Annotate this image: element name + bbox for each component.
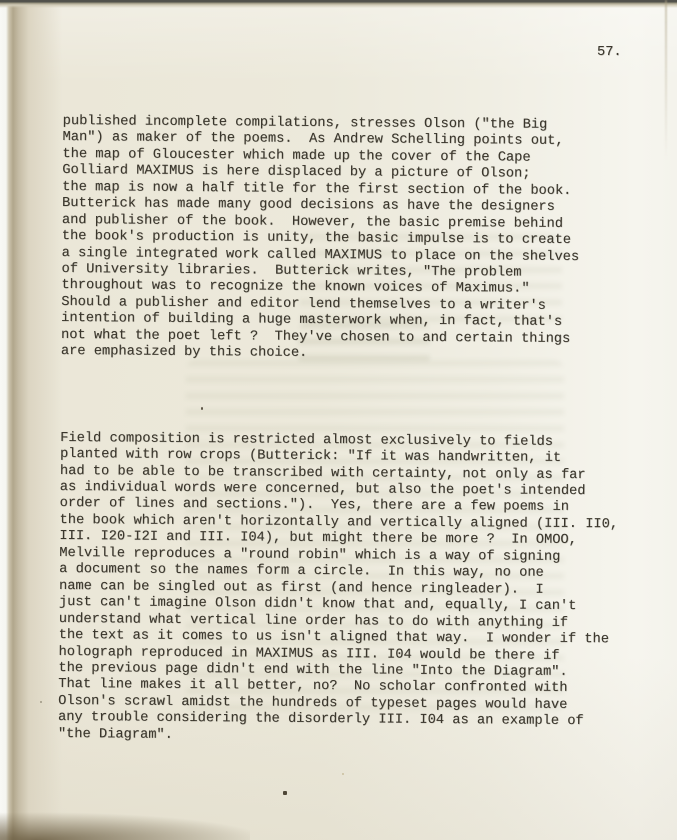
dust-speck [40, 701, 42, 703]
scan-edge-top [0, 0, 677, 8]
gutter-shadow [0, 0, 64, 840]
paragraph-2: Field composition is restricted almost e… [58, 431, 619, 748]
paragraph-1: published incomplete compilations, stres… [61, 114, 621, 365]
typewritten-text: published incomplete compilations, stres… [58, 81, 622, 780]
dust-speck [342, 773, 344, 775]
page-number: 57. [597, 45, 622, 60]
scanned-book-page: 57. published incomplete compilations, s… [0, 0, 677, 840]
dust-speck [283, 791, 287, 795]
page-edge-crease [665, 0, 667, 160]
gutter-bottom-shadow [0, 804, 250, 840]
dust-speck [201, 407, 203, 410]
